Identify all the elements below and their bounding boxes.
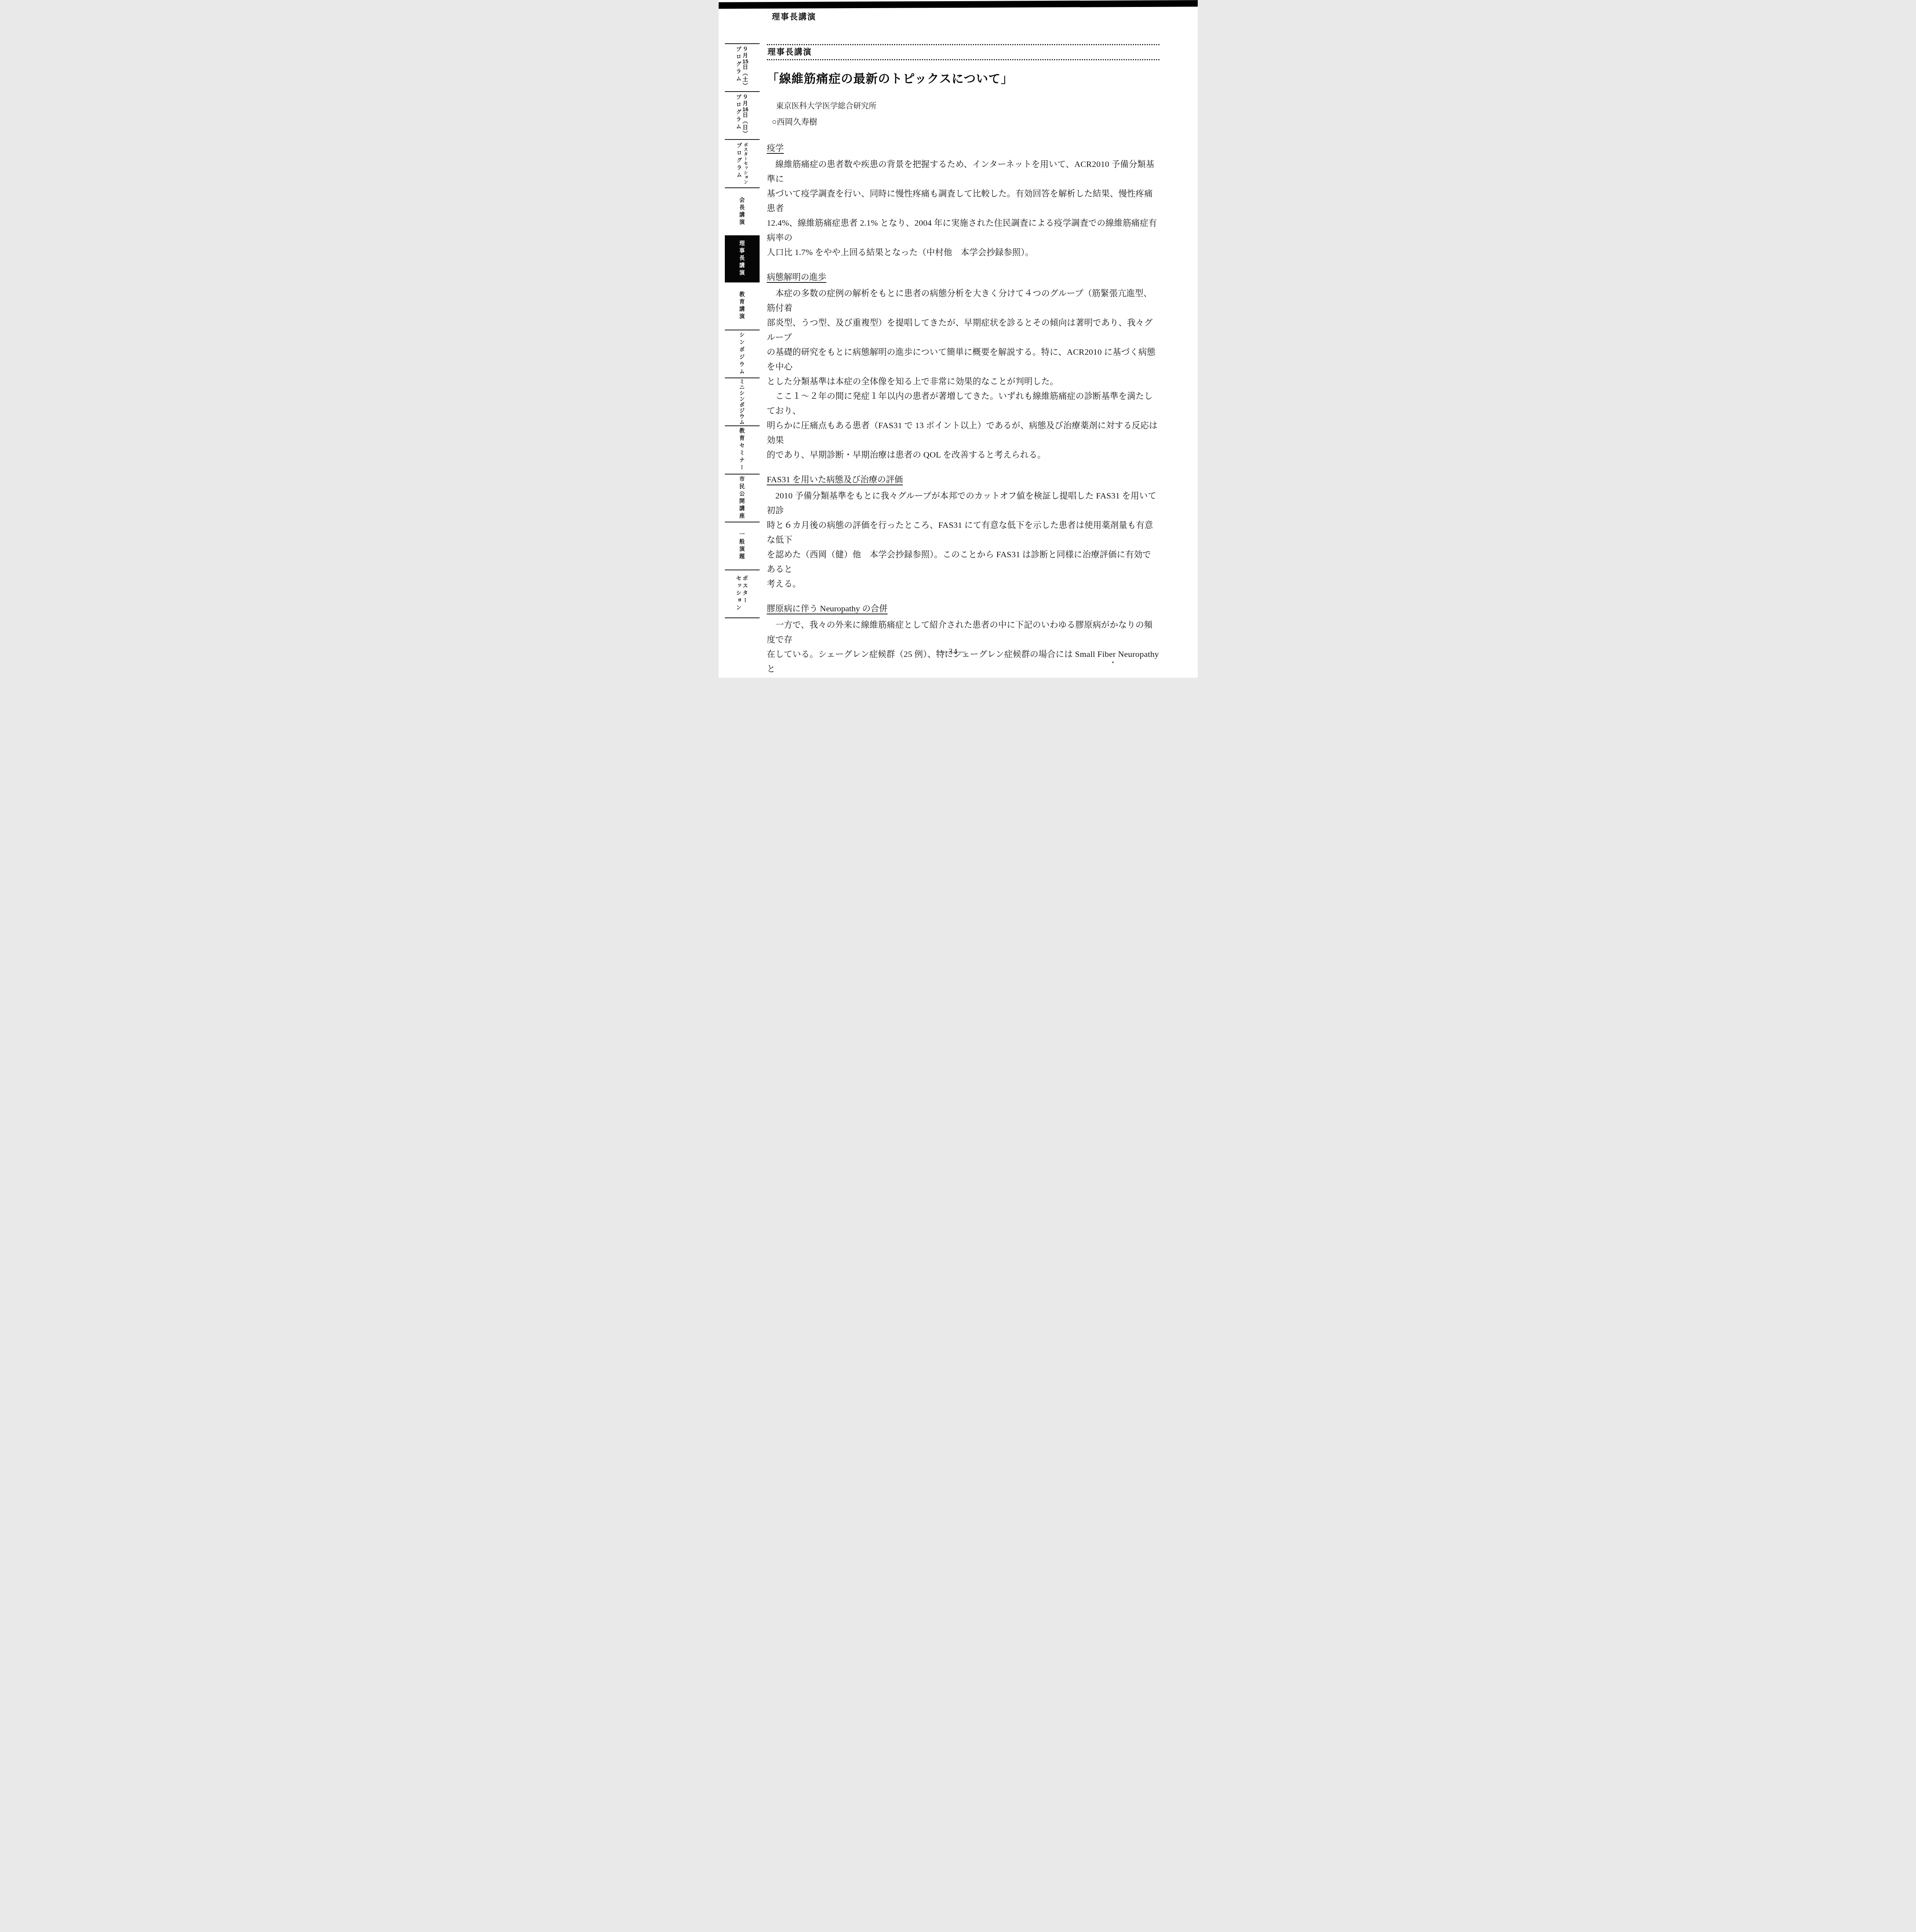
dotted-rule-top [767,44,1159,45]
section-heading-fas31-evaluation: FAS31 を用いた病態及び治療の評価 [767,474,1159,485]
sidebar-tab-poster-session: ポスター セッション [725,570,760,617]
dotted-rule-bottom [767,59,1159,60]
section-body-epidemiology: 線維筋痛症の患者数や疾患の背景を把握するため、インターネットを用いて、ACR20… [767,157,1159,260]
sidebar-tab-educational-seminar: 教育セミナー [725,425,760,473]
sidebar-tab-label: ポスターセッション プログラム [736,143,749,184]
sidebar-tab-label: 市民公開講座 [738,476,746,520]
sidebar: ９月15日（土） プログラム ９月16日（日） プログラム ポスターセッション … [725,43,760,618]
document-page: 理事長講演 ９月15日（土） プログラム ９月16日（日） プログラム ポスター… [719,0,1198,678]
top-scan-bar [719,0,1198,9]
page-header: 理事長講演 [772,10,816,22]
section-heading-neuropathy-complication: 膠原病に伴う Neuropathy の合併 [767,603,1159,614]
section-heading-epidemiology: 疫学 [767,142,1159,154]
sidebar-tab-general-presentations: 一般演題 [725,522,760,570]
section-body-fas31-evaluation: 2010 予備分類基準をもとに我々グループが本邦でのカットオフ値を検証し提唱した… [767,488,1159,591]
sidebar-tab-presidential-lecture: 会長講演 [725,187,760,235]
sidebar-tab-label: 会長講演 [738,197,746,226]
sidebar-tab-symposium: シンポジウム [725,330,760,378]
page-number: —34— [757,648,1150,656]
sidebar-tab-label: 教育セミナー [738,428,746,472]
sidebar-tab-poster-session-program: ポスターセッション プログラム [725,139,760,187]
sidebar-tab-mini-symposium: ミニシンポジウム [725,378,760,425]
sidebar-tab-chairman-lecture-active: 理事長講演 [725,235,760,282]
affiliation: 東京医科大学医学総合研究所 [776,101,1159,111]
main-content: 理事長講演 「線維筋痛症の最新のトピックスについて」 東京医科大学医学総合研究所… [767,41,1159,678]
sidebar-tab-label: 一般演題 [738,531,746,561]
sidebar-tab-educational-lecture: 教育講演 [725,282,760,330]
scan-speck [1112,662,1114,663]
presenter-name: ○西岡久寿樹 [772,117,1159,127]
sidebar-tab-label: ９月16日（日） プログラム [735,94,749,137]
section-label: 理事長講演 [768,48,1159,57]
sidebar-tab-label: ９月15日（土） プログラム [735,46,749,89]
sidebar-tab-label: 理事長講演 [738,240,746,277]
sidebar-tab-program-sep16: ９月16日（日） プログラム [725,91,760,139]
document-title: 「線維筋痛症の最新のトピックスについて」 [767,71,1159,87]
sidebar-tab-label: 教育講演 [738,291,746,321]
section-heading-pathology-progress: 病態解明の進歩 [767,271,1159,283]
sidebar-tab-label: ミニシンポジウム [738,379,746,425]
sidebar-tab-label: ポスター セッション [735,575,749,612]
section-body-pathology-progress: 本症の多数の症例の解析をもとに患者の病態分析を大きく分けて４つのグループ（筋緊張… [767,286,1159,462]
sidebar-tab-public-lecture: 市民公開講座 [725,474,760,522]
sidebar-tab-program-sep15: ９月15日（土） プログラム [725,43,760,91]
sidebar-tab-label: シンポジウム [738,332,746,376]
